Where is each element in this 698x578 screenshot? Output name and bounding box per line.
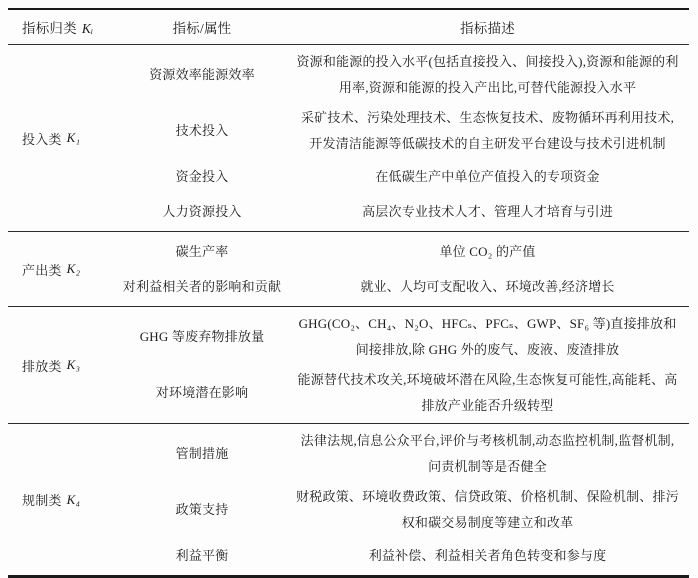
- description-cell: 法律法规,信息公众平台,评价与考核机制,动态监控机制,监督机制,问责机制等是否健…: [286, 426, 689, 482]
- section-regulation: 规制类K₄ 管制措施 法律法规,信息公众平台,评价与考核机制,动态监控机制,监督…: [8, 423, 689, 555]
- category-symbol: K₁: [67, 130, 81, 146]
- section-input: 投入类K₁ 资源效率能源效率 资源和能源的投入水平(包括直接投入、间接投入),资…: [8, 44, 689, 231]
- description-cell: 采矿技术、污染处理技术、生态恢复技术、废物循环再利用技术,开发清洁能源等低碳技术…: [286, 103, 689, 159]
- attribute-cell: 对环境潜在影响: [118, 365, 286, 421]
- attribute-cell: 人力资源投入: [118, 194, 286, 229]
- category-symbol: K₄: [67, 492, 81, 508]
- section-category: 投入类K₁: [8, 47, 118, 229]
- attribute-cell: 管制措施: [118, 426, 286, 482]
- section-category: 产出类K₂: [8, 234, 118, 304]
- attribute-cell: 政策支持: [118, 482, 286, 538]
- attribute-cell: GHG 等废弃物排放量: [118, 309, 286, 365]
- description-cell: GHG(CO₂、CH₄、N₂O、HFCₛ、PFCₛ、GWP、SF₆ 等)直接排放…: [286, 309, 689, 365]
- attribute-column-header: 指标/属性: [118, 17, 286, 37]
- description-cell: 在低碳生产中单位产值投入的专项资金: [286, 159, 689, 194]
- category-symbol: K₂: [67, 261, 81, 277]
- section-emission: 排放类K₃ GHG 等废弃物排放量 GHG(CO₂、CH₄、N₂O、HFCₛ、P…: [8, 306, 689, 423]
- indicator-table: 指标归类Kᵢ 指标/属性 指标描述 投入类K₁ 资源效率能源效率 资源和能源的投…: [8, 8, 689, 555]
- description-cell: 财税政策、环境收费政策、信贷政策、价格机制、保险机制、排污权和碳交易制度等建立和…: [286, 482, 689, 538]
- attribute-cell: 技术投入: [118, 103, 286, 159]
- category-header-symbol: Kᵢ: [82, 21, 94, 36]
- category-column-header: 指标归类Kᵢ: [8, 17, 118, 37]
- category-label: 产出类: [22, 260, 62, 279]
- description-column-header: 指标描述: [286, 17, 689, 37]
- table-header-row: 指标归类Kᵢ 指标/属性 指标描述: [8, 10, 689, 44]
- category-label: 规制类: [22, 490, 62, 509]
- section-category: 排放类K₃: [8, 309, 118, 421]
- attribute-cell: 利益平衡: [118, 538, 286, 555]
- description-cell: 单位 CO₂ 的产值: [286, 234, 689, 269]
- description-cell: 高层次专业技术人才、管理人才培育与引进: [286, 194, 689, 229]
- description-cell: 能源替代技术攻关,环境破坏潜在风险,生态恢复可能性,高能耗、高排放产业能否升级转…: [286, 365, 689, 421]
- attribute-cell: 对利益相关者的影响和贡献: [118, 269, 286, 304]
- category-header-label: 指标归类: [22, 21, 77, 36]
- description-cell: 就业、人均可支配收入、环境改善,经济增长: [286, 269, 689, 304]
- section-output: 产出类K₂ 碳生产率 单位 CO₂ 的产值 对利益相关者的影响和贡献 就业、人均…: [8, 231, 689, 306]
- category-symbol: K₃: [67, 357, 81, 373]
- section-category: 规制类K₄: [8, 426, 118, 555]
- description-cell: 资源和能源的投入水平(包括直接投入、间接投入),资源和能源的利用率,资源和能源的…: [286, 47, 689, 103]
- description-cell: 利益补偿、利益相关者角色转变和参与度: [286, 538, 689, 555]
- attribute-cell: 资源效率能源效率: [118, 47, 286, 103]
- attribute-cell: 资金投入: [118, 159, 286, 194]
- category-label: 排放类: [22, 356, 62, 375]
- attribute-cell: 碳生产率: [118, 234, 286, 269]
- category-label: 投入类: [22, 129, 62, 148]
